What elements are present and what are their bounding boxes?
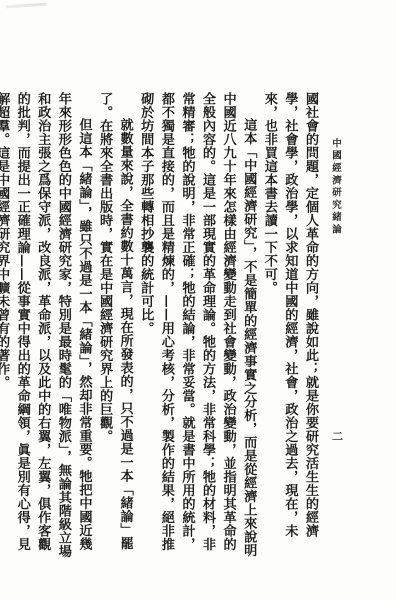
page-number: 二 — [332, 428, 343, 444]
paragraph-3: 就數量來說，全書約數十萬言，現在所發表的，只不過是一本「緒論」罷了。在將來全書出… — [93, 92, 134, 562]
paragraph-1: 國社會的問題，定個人革命的方向，雖說如此；就是你要研究活生生的經濟學，社會學，政… — [258, 92, 320, 562]
body-text: 國社會的問題，定個人革命的方向，雖說如此；就是你要研究活生生的經濟學，社會學，政… — [40, 92, 320, 562]
scan-noise-mark — [6, 3, 46, 9]
running-head: 中國經濟研究緒論 — [328, 138, 342, 236]
scanned-book-page: 中國經濟研究緒論 二 國社會的問題，定個人革命的方向，雖說如此；就是你要研究活生… — [0, 0, 396, 600]
paragraph-4: 但這本「緒論」，雖只不過是一本「緒論」，然却非常重要。牠把中國近幾年來形形色色的… — [0, 92, 93, 562]
paragraph-2: 這本「中國經濟研究」，不是簡單的經濟事實之分析，而是從經濟上來說明中國近八九十年… — [135, 92, 259, 562]
